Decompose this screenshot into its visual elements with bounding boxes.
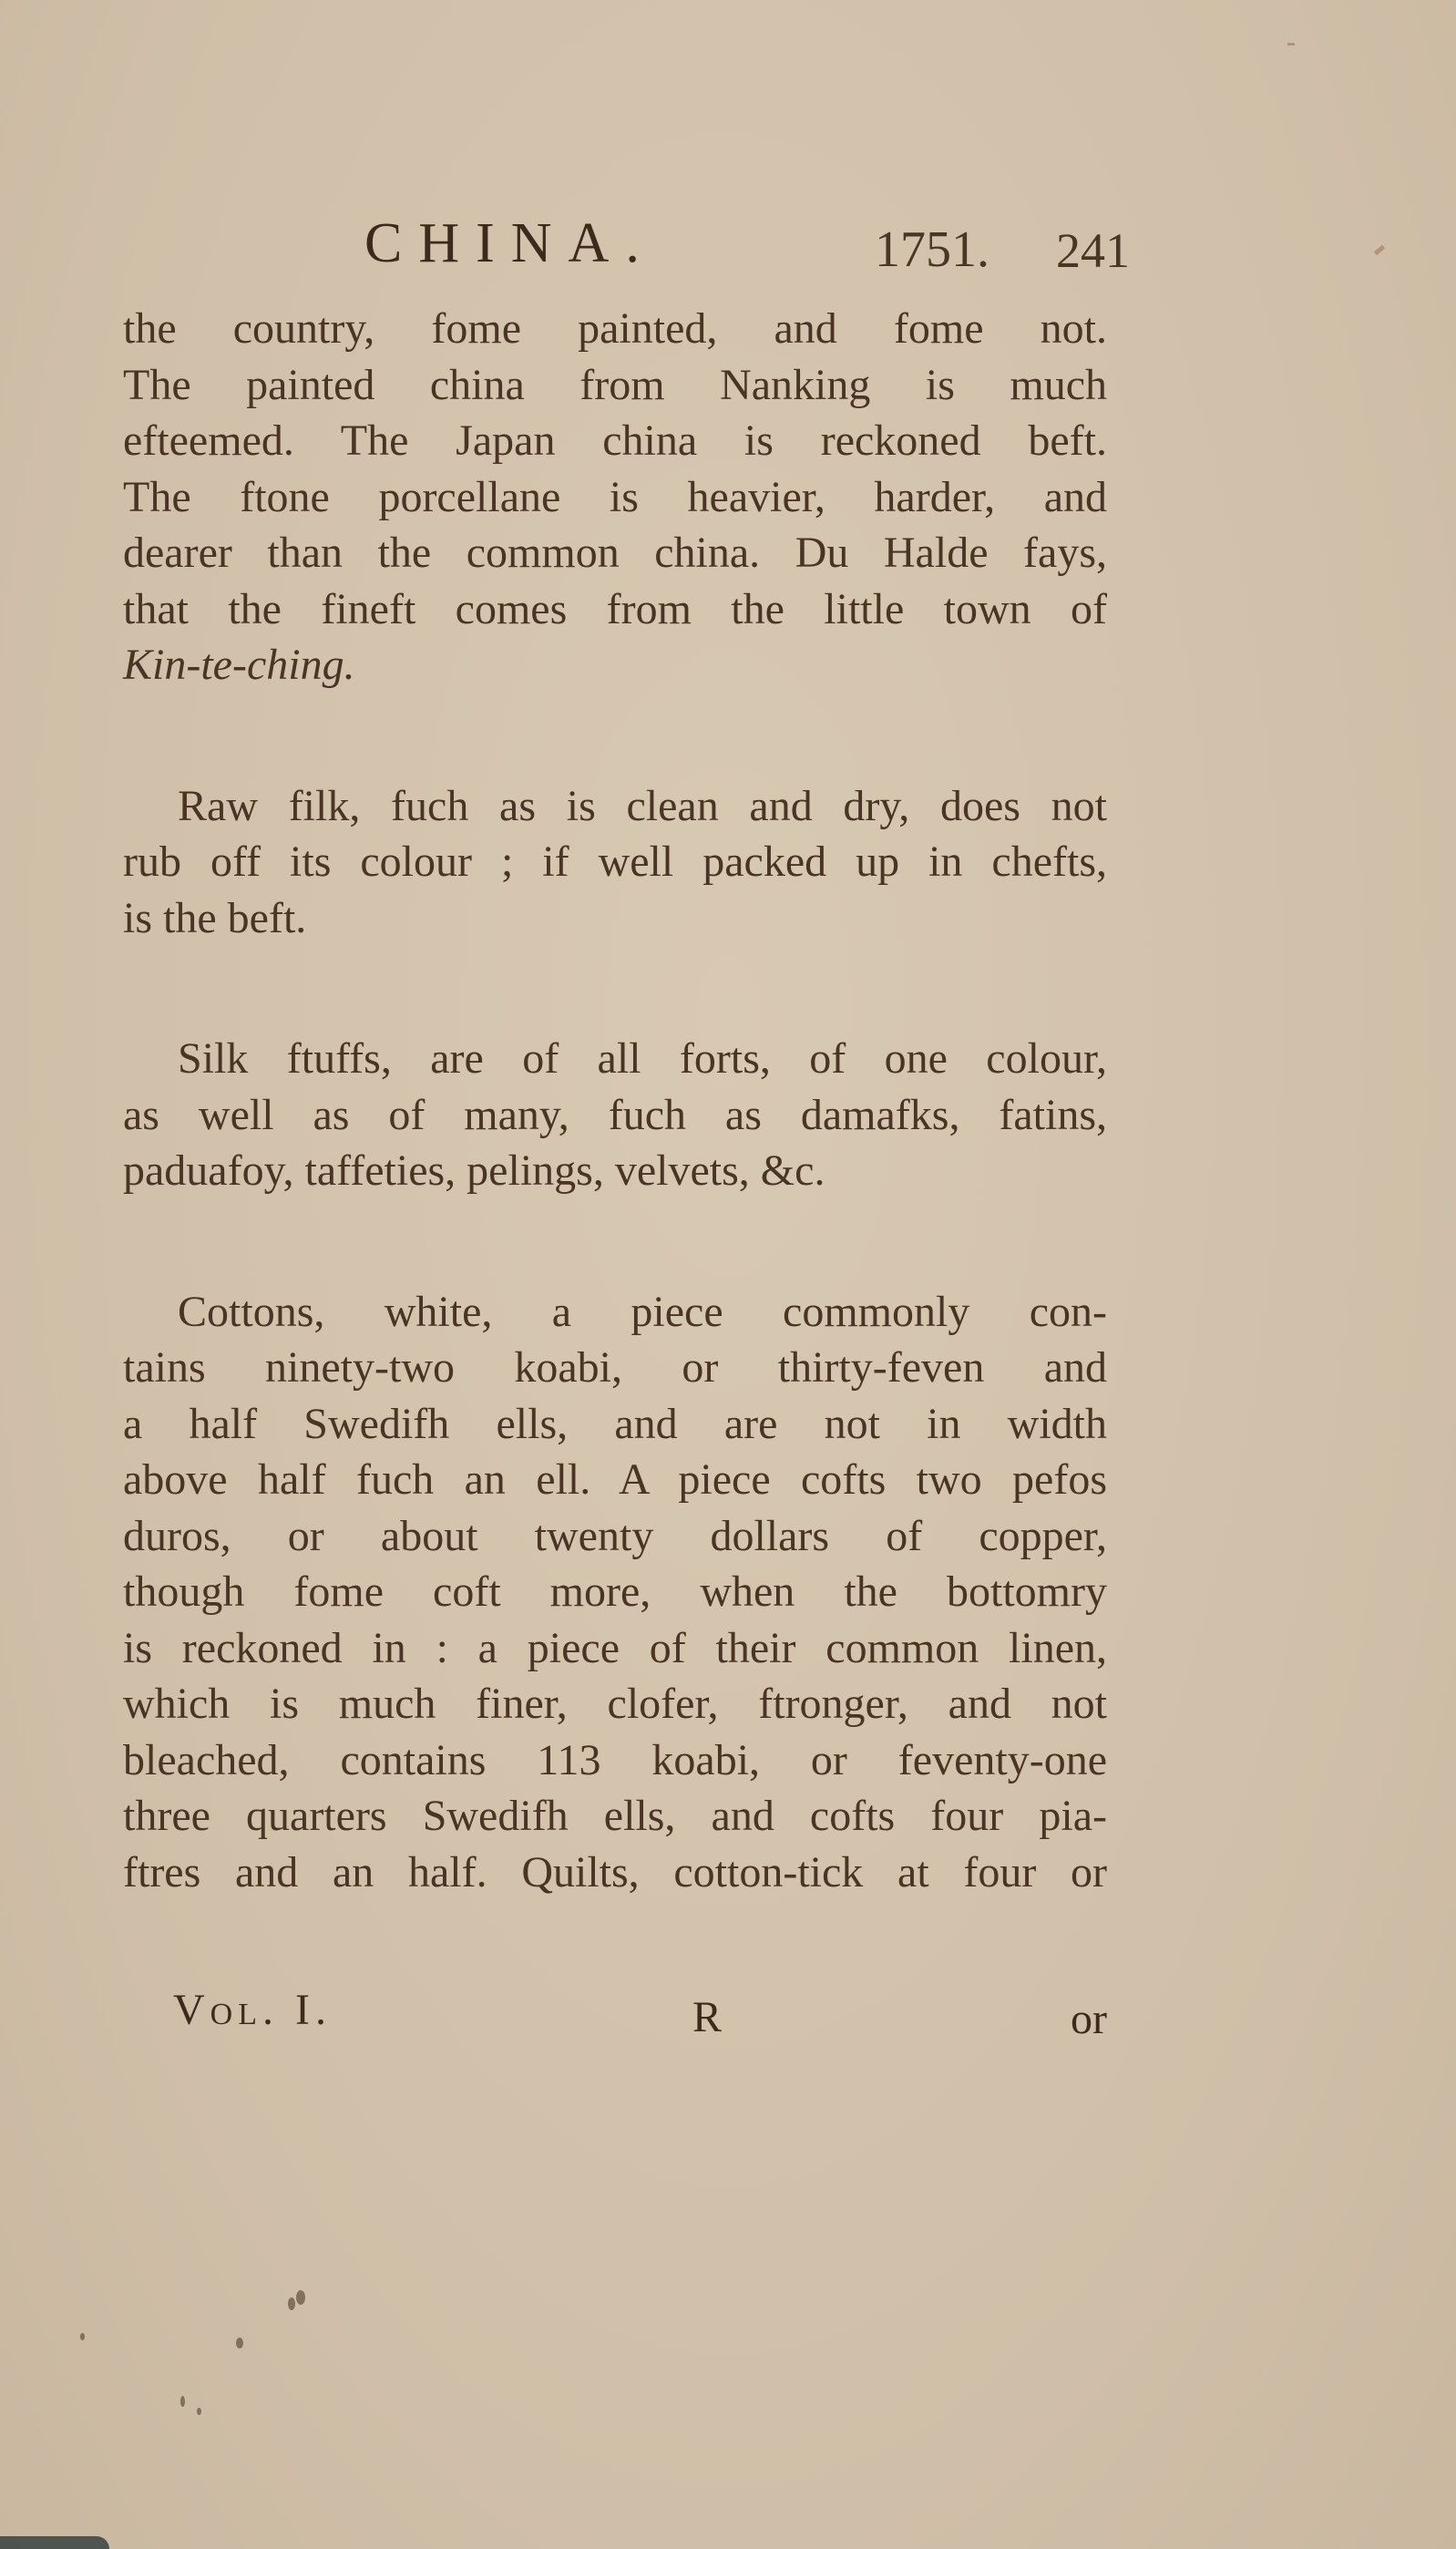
page-edge-shadow bbox=[0, 2536, 109, 2549]
signature-mark: R bbox=[692, 1992, 722, 2042]
text-line: as well as of many, fuch as damafks, fat… bbox=[123, 1087, 1107, 1144]
text-line: efteemed. The Japan china is reckoned be… bbox=[123, 413, 1107, 469]
text-line: dearer than the common china. Du Halde f… bbox=[123, 525, 1107, 581]
paragraph-raw-silk: Raw filk, fuch as is clean and dry, does… bbox=[123, 778, 1107, 947]
paragraph-cottons: Cottons, white, a piece commonly con- ta… bbox=[123, 1284, 1107, 1901]
wormhole-mark bbox=[296, 2290, 305, 2305]
paper-fleck bbox=[1374, 245, 1385, 256]
text-line: bleached, contains 113 koabi, or feventy… bbox=[123, 1732, 1107, 1789]
text-line: Cottons, white, a piece commonly con- bbox=[123, 1284, 1107, 1341]
body-text: the country, fome painted, and fome not.… bbox=[123, 301, 1107, 1900]
header-year: 1751. bbox=[875, 221, 989, 279]
paper-fleck bbox=[1287, 43, 1295, 46]
text-line: The painted china from Nanking is much bbox=[123, 357, 1107, 414]
paragraph-porcelain: the country, fome painted, and fome not.… bbox=[123, 301, 1107, 694]
wormhole-mark bbox=[80, 2333, 85, 2340]
text-line: The ftone porcellane is heavier, harder,… bbox=[123, 469, 1107, 526]
text-line: is the beft. bbox=[123, 890, 1107, 947]
wormhole-mark bbox=[236, 2338, 243, 2349]
wormhole-mark bbox=[197, 2408, 201, 2415]
text-line: which is much finer, clofer, ftronger, a… bbox=[123, 1676, 1107, 1732]
text-line: paduafoy, taffeties, pelings, velvets, &… bbox=[123, 1143, 1107, 1199]
page-footer: Vol. I. R or bbox=[164, 1985, 1107, 2049]
text-line: Kin-te-ching. bbox=[123, 637, 1107, 694]
text-line: three quarters Swedifh ells, and cofts f… bbox=[123, 1788, 1107, 1845]
text-line: that the fineft comes from the little to… bbox=[123, 581, 1107, 638]
book-page: CHINA. 1751. 241 the country, fome paint… bbox=[0, 0, 1456, 2549]
text-line: rub off its colour ; if well packed up i… bbox=[123, 834, 1107, 890]
text-line: a half Swedifh ells, and are not in widt… bbox=[123, 1396, 1107, 1453]
catchword: or bbox=[1071, 1994, 1107, 2044]
wormhole-mark bbox=[288, 2297, 295, 2310]
page-header: CHINA. 1751. 241 bbox=[364, 211, 1130, 284]
text-line: tains ninety-two koabi, or thirty-feven … bbox=[123, 1340, 1107, 1396]
volume-label: Vol. I. bbox=[173, 1985, 332, 2035]
text-line: Raw filk, fuch as is clean and dry, does… bbox=[123, 778, 1107, 835]
paragraph-silk-stuffs: Silk ftuffs, are of all forts, of one co… bbox=[123, 1031, 1107, 1199]
text-line: ftres and an half. Quilts, cotton-tick a… bbox=[123, 1845, 1107, 1901]
text-line: Silk ftuffs, are of all forts, of one co… bbox=[123, 1031, 1107, 1087]
text-line: is reckoned in : a piece of their common… bbox=[123, 1620, 1107, 1677]
running-title: CHINA. bbox=[364, 211, 656, 276]
page-number: 241 bbox=[1056, 222, 1130, 279]
text-line: the country, fome painted, and fome not. bbox=[123, 301, 1107, 357]
wormhole-mark bbox=[180, 2396, 185, 2407]
text-line: duros, or about twenty dollars of copper… bbox=[123, 1508, 1107, 1565]
text-line: though fome coft more, when the bottomry bbox=[123, 1564, 1107, 1620]
text-line: above half fuch an ell. A piece cofts tw… bbox=[123, 1452, 1107, 1508]
